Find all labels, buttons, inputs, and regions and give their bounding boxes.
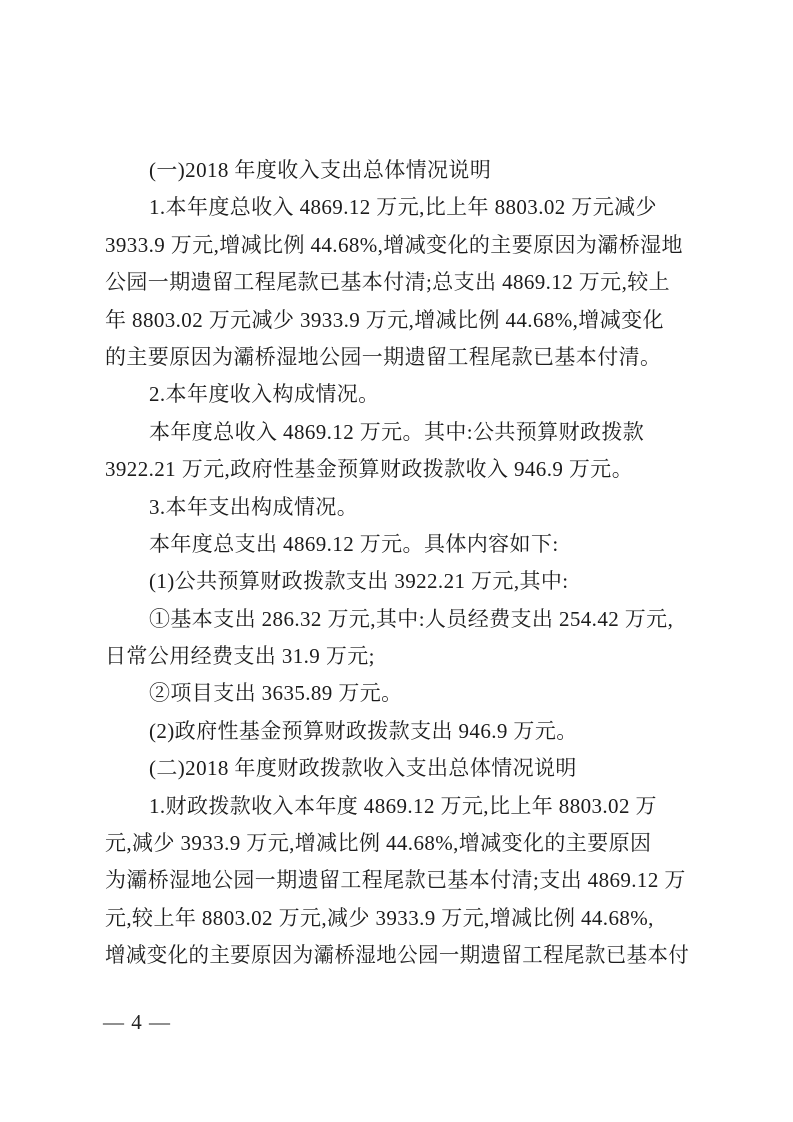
text-line: 本年度总收入 4869.12 万元。其中:公共预算财政拨款 [105, 414, 689, 451]
text-line: 元,较上年 8803.02 万元,减少 3933.9 万元,增减比例 44.68… [105, 900, 689, 937]
text-line: (1)公共预算财政拨款支出 3922.21 万元,其中: [105, 563, 689, 600]
text-line: ①基本支出 286.32 万元,其中:人员经费支出 254.42 万元, [105, 601, 689, 638]
text-line: 3922.21 万元,政府性基金预算财政拨款收入 946.9 万元。 [105, 451, 689, 488]
document-page: (一)2018 年度收入支出总体情况说明 1.本年度总收入 4869.12 万元… [0, 0, 793, 1122]
document-body: (一)2018 年度收入支出总体情况说明 1.本年度总收入 4869.12 万元… [105, 152, 689, 975]
text-line: 公园一期遗留工程尾款已基本付清;总支出 4869.12 万元,较上 [105, 264, 689, 301]
section-heading: (二)2018 年度财政拨款收入支出总体情况说明 [105, 750, 689, 787]
text-line: 3933.9 万元,增减比例 44.68%,增减变化的主要原因为灞桥湿地 [105, 227, 689, 264]
text-line: 2.本年度收入构成情况。 [105, 376, 689, 413]
text-line: (2)政府性基金预算财政拨款支出 946.9 万元。 [105, 713, 689, 750]
text-line: 1.财政拨款收入本年度 4869.12 万元,比上年 8803.02 万 [105, 788, 689, 825]
text-line: 为灞桥湿地公园一期遗留工程尾款已基本付清;支出 4869.12 万 [105, 862, 689, 899]
text-line: 1.本年度总收入 4869.12 万元,比上年 8803.02 万元减少 [105, 189, 689, 226]
text-line: ②项目支出 3635.89 万元。 [105, 675, 689, 712]
text-line: 日常公用经费支出 31.9 万元; [105, 638, 689, 675]
page-number: — 4 — [103, 1007, 171, 1037]
text-line: 3.本年支出构成情况。 [105, 489, 689, 526]
text-line: 年 8803.02 万元减少 3933.9 万元,增减比例 44.68%,增减变… [105, 302, 689, 339]
text-line: 增减变化的主要原因为灞桥湿地公园一期遗留工程尾款已基本付 [105, 937, 674, 974]
text-line: 本年度总支出 4869.12 万元。具体内容如下: [105, 526, 689, 563]
text-line: 元,减少 3933.9 万元,增减比例 44.68%,增减变化的主要原因 [105, 825, 689, 862]
section-heading: (一)2018 年度收入支出总体情况说明 [105, 152, 689, 189]
text-line: 的主要原因为灞桥湿地公园一期遗留工程尾款已基本付清。 [105, 339, 689, 376]
